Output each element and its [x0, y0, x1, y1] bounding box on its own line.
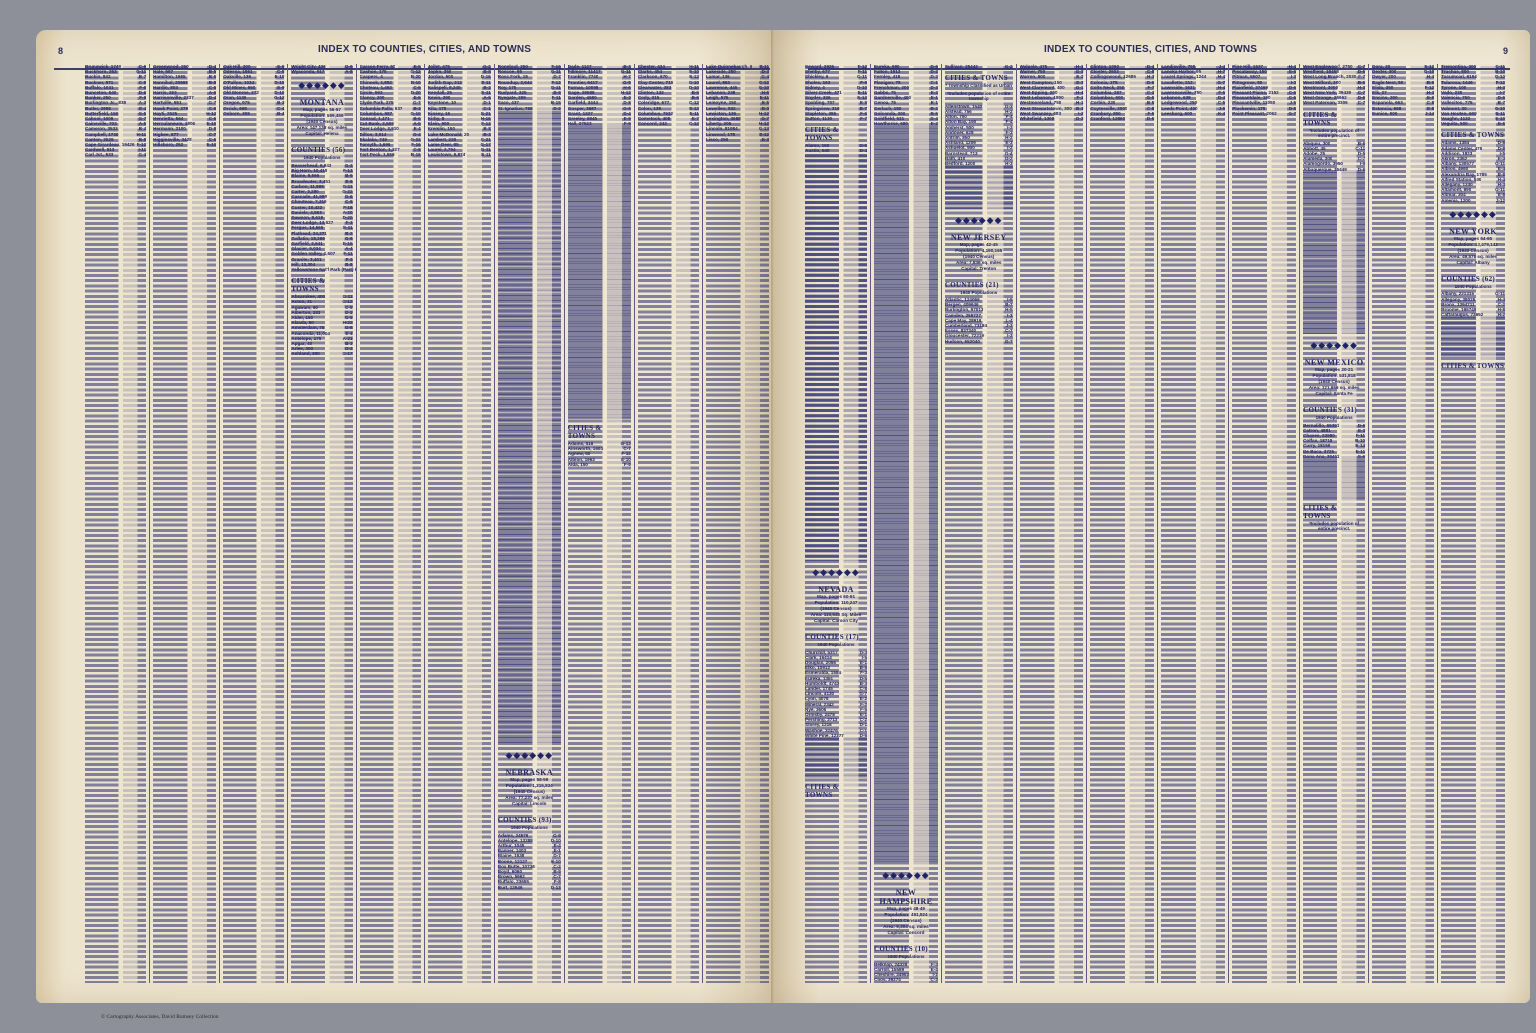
entry-rows: [706, 66, 769, 983]
entry-rows: [498, 66, 561, 983]
page-number: 8: [58, 46, 63, 56]
index-column: Brunswick, 1749C-6Buckhorn, 263G-11Bucki…: [82, 64, 149, 983]
index-column: Tremontina, 300C-11Truchas, 800B-10Tucum…: [1437, 64, 1508, 983]
index-column: Wright City, 436D-9Wyaconda, 517A-8◆◆◆◆◆…: [287, 64, 355, 983]
index-column: West Englewood, 2750C-7Westfield, 18458D…: [1299, 64, 1368, 983]
index-column: Ronebud, 250F-16Roscoe, 65G-11Ross Fork,…: [494, 64, 564, 983]
entry-rows: [85, 66, 146, 983]
index-column: Lake Quinnebaugh, 6B-11Lakeside, 250D-3L…: [702, 64, 772, 983]
entry-rows: [1372, 66, 1434, 983]
entry-rows: [360, 66, 421, 983]
right-running-head: INDEX TO COUNTIES, CITIES, AND TOWNS 9: [774, 44, 1530, 60]
index-column: Chester, 434H-11Clarks, 454E-10Clarkson,…: [634, 64, 702, 983]
copyright-credit: © Cartography Associates, David Rumsey C…: [101, 1014, 219, 1020]
index-columns: Brunswick, 1749C-6Buckhorn, 263G-11Bucki…: [82, 64, 772, 983]
index-column: Greenwood, 250D-4Hale, 567B-5Hamilton, 1…: [149, 64, 219, 983]
entry-rows: [1232, 66, 1296, 983]
entry-rows: [153, 66, 216, 983]
index-column: Clinton, 1060D-4Closter, 2603C-8Collings…: [1086, 64, 1157, 983]
index-column: Walpole, 475H-1Warner, 750G-3Warren, 500…: [1016, 64, 1087, 983]
entry-rows: [805, 66, 867, 983]
entry-rows: [291, 66, 352, 983]
index-columns: Seward, 2926F-12Shelby, 677F-11Shickley,…: [802, 64, 1508, 983]
index-column: Dade, 1127B-3Fillmore, 11417G-11Franklin…: [564, 64, 634, 983]
entry-rows: [874, 66, 938, 983]
index-column: Eureka, 680D-6Fallon, 1913D-2Fernley, 41…: [870, 64, 941, 983]
entry-rows: [568, 66, 631, 983]
entry-rows: [1020, 66, 1084, 983]
running-title: INDEX TO COUNTIES, CITIES, AND TOWNS: [1044, 44, 1257, 55]
entry-rows: [638, 66, 699, 983]
atlas-spread: 8 INDEX TO COUNTIES, CITIES, AND TOWNS B…: [36, 30, 1530, 1003]
index-column: Dora, 30E-12Dexter, 300G-10Dwyer, 200H-4…: [1368, 64, 1437, 983]
page-number: 9: [1503, 46, 1508, 56]
entry-rows: [1303, 66, 1365, 983]
index-column: Jollet, 475G-2Joplin, 350B-8Jordan, 500D…: [424, 64, 494, 983]
index-column: Landisville, 790J-4Lanoka Harbor, 95H-7L…: [1157, 64, 1228, 983]
index-column: Carson Ferry, 50E-5Cashon, 175G-12Casper…: [356, 64, 424, 983]
entry-rows: [223, 66, 284, 983]
entry-rows: [1441, 66, 1505, 983]
left-running-head: 8 INDEX TO COUNTIES, CITIES, AND TOWNS: [36, 44, 774, 60]
index-column: Pine Hill, 1537H-4Piscataway, 150E-6Pitm…: [1228, 64, 1299, 983]
index-column: Seward, 2926F-12Shelby, 677F-11Shickley,…: [802, 64, 870, 983]
entry-rows: [945, 66, 1013, 983]
right-page: INDEX TO COUNTIES, CITIES, AND TOWNS 9 S…: [774, 30, 1530, 1003]
running-title: INDEX TO COUNTIES, CITIES, AND TOWNS: [318, 44, 531, 55]
index-column: Sullivan, 25442G-2CITIES & TOWNS* Townsh…: [941, 64, 1016, 983]
left-page: 8 INDEX TO COUNTIES, CITIES, AND TOWNS B…: [36, 30, 774, 1003]
index-column: Oak Hill, 300E-9Odessa, 1861C-5Oakville,…: [219, 64, 287, 983]
entry-rows: [428, 66, 491, 983]
entry-rows: [1161, 66, 1225, 983]
entry-rows: [1090, 66, 1154, 983]
